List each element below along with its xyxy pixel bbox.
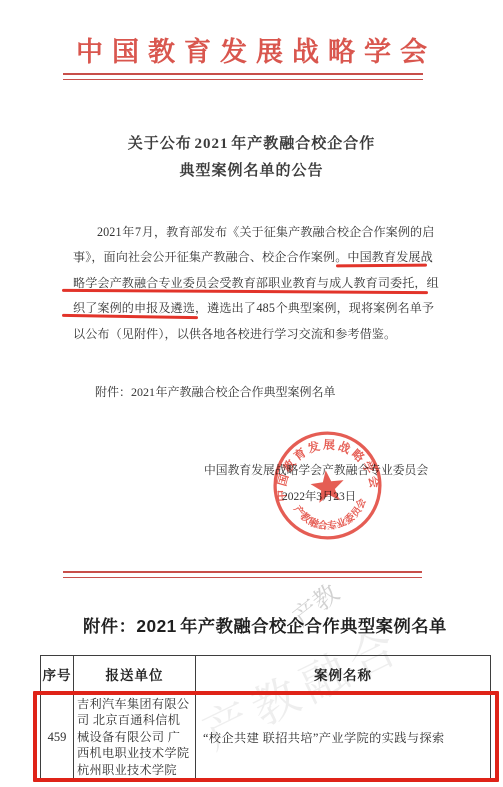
body-line-1: 2021 年 7 月，教育部发布《关于征集产教融合校企合作案例的启	[73, 220, 431, 245]
table-header-row: 序号 报送单位 案例名称	[41, 656, 491, 693]
cell-submitting-units: 吉利汽车集团有限公司 北京百通科信机械设备有限公司 广西机电职业技术学院 杭州职…	[74, 693, 196, 782]
letterhead-divider	[63, 73, 423, 80]
column-header-case: 案例名称	[196, 656, 491, 693]
notice-body: 2021 年 7 月，教育部发布《关于征集产教融合校企合作案例的启 事》，面向社…	[73, 220, 431, 347]
annex-heading: 附件：2021 年产教融合校企合作典型案例名单	[83, 612, 447, 637]
column-header-serial: 序号	[41, 656, 74, 693]
body-line-2-marked: 中国教育发展战	[347, 250, 432, 264]
body-line-4-plain: 遴选出了 485 个典型案例，现将案例名单予	[207, 301, 434, 315]
attachment-reference: 附件：2021 年产教融合校企合作典型案例名单	[95, 383, 336, 400]
body-line-4-marked: 织了案例的申报及遴选，	[73, 301, 207, 315]
notice-title: 关于公布 2021 年产教融合校企合作 典型案例名单的公告	[0, 131, 503, 184]
table-row: 459 吉利汽车集团有限公司 北京百通科信机械设备有限公司 广西机电职业技术学院…	[41, 693, 491, 782]
body-line-2-plain: 事》，面向社会公开征集产教融合、校企合作案例。	[73, 250, 347, 264]
body-line-3-marked: 略学会产教融合专业委员会受教育部职业教育与成人教育司委托，组	[73, 276, 439, 290]
notice-title-line1: 关于公布 2021 年产教融合校企合作	[0, 131, 503, 158]
letterhead-org-name: 中国教育发展战略学会	[0, 30, 503, 69]
seal-star-icon	[309, 468, 346, 503]
document-page: 中国教育发展战略学会 关于公布 2021 年产教融合校企合作 典型案例名单的公告…	[0, 0, 503, 787]
body-line-5: 以公布（见附件），以供各地各校进行学习交流和参考借鉴。	[73, 322, 431, 347]
cell-serial-number: 459	[41, 693, 74, 782]
column-header-unit: 报送单位	[74, 656, 196, 693]
case-list-table: 序号 报送单位 案例名称 459 吉利汽车集团有限公司 北京百通科信机械设备有限…	[40, 655, 491, 782]
cell-case-name: “校企共建 联招共培”产业学院的实践与探索	[196, 693, 491, 782]
official-seal-stamp: 中国教育发展战略学会 产教融合专业委员会 1101020404043	[265, 423, 391, 549]
section-divider	[63, 571, 422, 578]
notice-title-line2: 典型案例名单的公告	[0, 158, 503, 185]
